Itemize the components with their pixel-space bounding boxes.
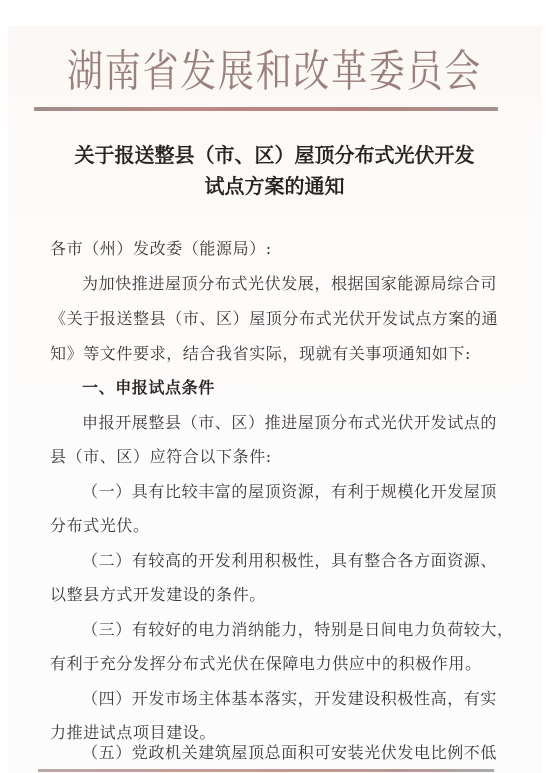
condition-2-line-2: 以整县方式开发建设的条件。 [50,584,498,606]
condition-3-line-2: 有利于充分发挥分布式光伏在保障电力供应中的积极作用。 [50,653,498,675]
section-1-intro-line-1: 申报开展整县（市、区）推进屋顶分布式光伏开发试点的 [82,412,530,434]
condition-1-line-2: 分布式光伏。 [50,515,498,537]
salutation: 各市（州）发改委（能源局）: [50,238,498,260]
condition-4-line-1: （四）开发市场主体基本落实，开发建设积极性高，有实 [82,688,530,710]
section-1-intro-line-2: 县（市、区）应符合以下条件: [50,446,498,468]
doc-title-line-1: 关于报送整县（市、区）屋顶分布式光伏开发 [0,140,549,170]
condition-5-line-1: （五）党政机关建筑屋顶总面积可安装光伏发电比例不低 [82,742,530,764]
intro-line-1: 为加快推进屋顶分布式光伏发展，根据国家能源局综合司 [82,273,530,295]
condition-4-line-2: 力推进试点项目建设。 [50,722,498,744]
section-1-heading: 一、申报试点条件 [82,377,530,399]
condition-1-line-1: （一）具有比较丰富的屋顶资源，有利于规模化开发屋顶 [82,481,530,503]
doc-title-line-2: 试点方案的通知 [0,171,549,201]
condition-3-line-1: （三）有较好的电力消纳能力，特别是日间电力负荷较大， [82,619,530,641]
footer-divider [38,769,494,772]
condition-2-line-1: （二）有较高的开发利用积极性，具有整合各方面资源、 [82,550,530,572]
intro-line-3: 知》等文件要求，结合我省实际，现就有关事项通知如下: [50,343,498,365]
header-divider [34,107,498,111]
org-header: 湖南省发展和改革委员会 [49,44,499,100]
intro-line-2: 《关于报送整县（市、区）屋顶分布式光伏开发试点方案的通 [50,308,498,330]
